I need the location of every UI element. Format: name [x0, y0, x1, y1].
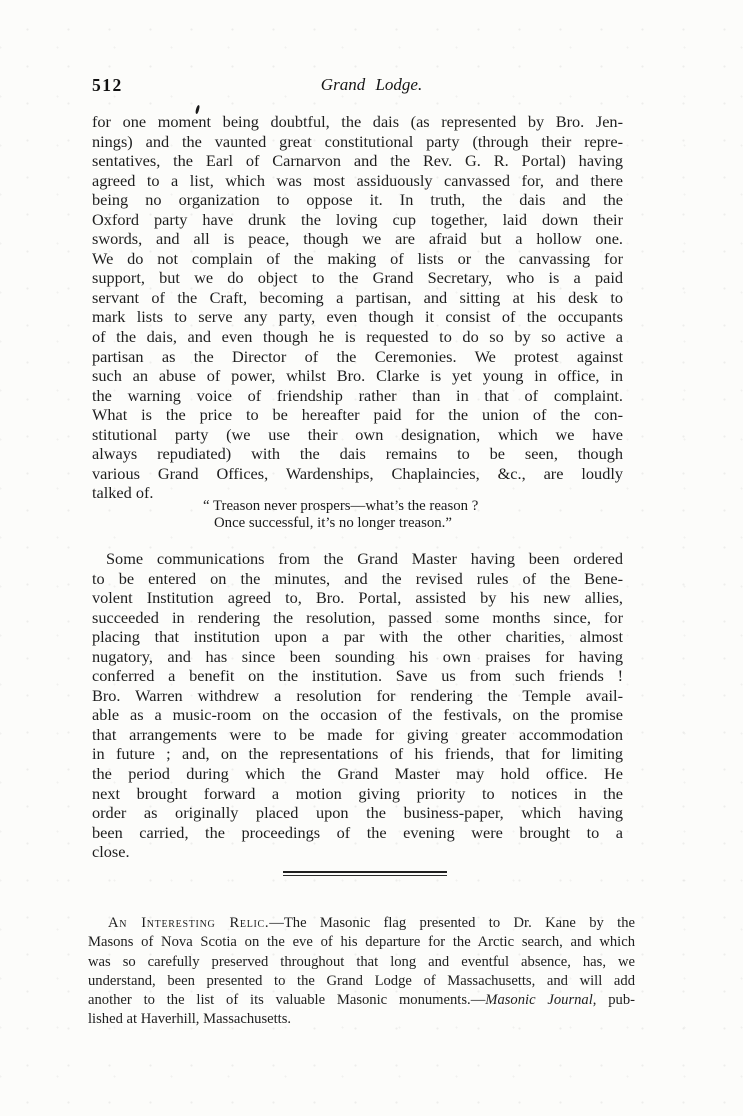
quote-line-1: “ Treason never prospers—what’s the reas…: [203, 498, 478, 515]
text-line: Masons of Nova Scotia on the eve of his …: [88, 933, 635, 952]
text-line: succeeded in rendering the resolution, p…: [92, 608, 623, 628]
text-line: We do not complain of the making of list…: [92, 249, 623, 269]
text-line: been carried, the proceedings of the eve…: [92, 823, 623, 843]
text-line: next brought forward a motion giving pri…: [92, 784, 623, 804]
running-header-title: Grand Lodge.: [0, 75, 743, 95]
text-line: lished at Haverhill, Massachusetts.: [88, 1010, 635, 1029]
text-line: An Interesting Relic.—The Masonic flag p…: [88, 914, 635, 933]
small-caps-lead: An Interesting Relic.: [108, 915, 269, 931]
text-line: in future ; and, on the representations …: [92, 744, 623, 764]
text-line: placing that institution upon a par with…: [92, 627, 623, 647]
text-line: for one moment being doubtful, the dais …: [92, 112, 623, 132]
verse-quotation-block: “ Treason never prospers—what’s the reas…: [203, 498, 478, 532]
quote-line-2: Once successful, it’s no longer treason.…: [214, 515, 478, 532]
text-line: was so carefully preserved throughout th…: [88, 953, 635, 972]
scanned-document-page: 512 Grand Lodge. for one moment being do…: [0, 0, 743, 1116]
text-line: Bro. Warren withdrew a resolution for re…: [92, 686, 623, 706]
text-line: of the dais, and even though he is reque…: [92, 327, 623, 347]
text-line: Some communications from the Grand Maste…: [92, 549, 623, 569]
text-line: nugatory, and has since been sounding hi…: [92, 647, 623, 667]
text-line: partisan as the Director of the Ceremoni…: [92, 347, 623, 367]
text-run: —The Masonic flag presented to Dr. Kane …: [269, 915, 635, 931]
text-line: swords, and all is peace, though we are …: [92, 229, 623, 249]
text-line: conferred a benefit on the institution. …: [92, 666, 623, 686]
text-line: nings) and the vaunted great constitutio…: [92, 132, 623, 152]
text-line: support, but we do object to the Grand S…: [92, 268, 623, 288]
text-line: always repudiated) with the dais remains…: [92, 444, 623, 464]
text-line: agreed to a list, which was most assiduo…: [92, 171, 623, 191]
text-line: understand, been presented to the Grand …: [88, 972, 635, 991]
text-line: another to the list of its valuable Maso…: [88, 991, 635, 1010]
body-paragraph-continuation: for one moment being doubtful, the dais …: [92, 112, 623, 503]
text-line: sentatives, the Earl of Carnarvon and th…: [92, 151, 623, 171]
text-line: What is the price to be hereafter paid f…: [92, 405, 623, 425]
journal-name-italic: Masonic Journal: [485, 992, 592, 1008]
text-run: , pub-: [593, 992, 635, 1008]
text-line: Oxford party have drunk the loving cup t…: [92, 210, 623, 230]
text-line: the period during which the Grand Master…: [92, 764, 623, 784]
text-line: that arrangements were to be made for gi…: [92, 725, 623, 745]
text-line: the warning voice of friendship rather t…: [92, 386, 623, 406]
text-line: mark lists to serve any party, even thou…: [92, 307, 623, 327]
text-line: to be entered on the minutes, and the re…: [92, 569, 623, 589]
text-run: another to the list of its valuable Maso…: [88, 992, 485, 1008]
text-line: close.: [92, 842, 623, 862]
text-line: various Grand Offices, Wardenships, Chap…: [92, 464, 623, 484]
body-paragraph-grand-master: Some communications from the Grand Maste…: [92, 549, 623, 862]
text-line: volent Institution agreed to, Bro. Porta…: [92, 588, 623, 608]
text-line: being no organization to oppose it. In t…: [92, 190, 623, 210]
text-line: such an abuse of power, whilst Bro. Clar…: [92, 366, 623, 386]
relic-note-paragraph: An Interesting Relic.—The Masonic flag p…: [88, 914, 635, 1030]
section-divider-rule: [283, 871, 447, 876]
text-line: servant of the Craft, becoming a partisa…: [92, 288, 623, 308]
relic-middle-lines: Masons of Nova Scotia on the eve of his …: [88, 933, 635, 991]
text-line: stitutional party (we use their own desi…: [92, 425, 623, 445]
text-line: able as a music-room on the occasion of …: [92, 705, 623, 725]
text-line: order as originally placed upon the busi…: [92, 803, 623, 823]
